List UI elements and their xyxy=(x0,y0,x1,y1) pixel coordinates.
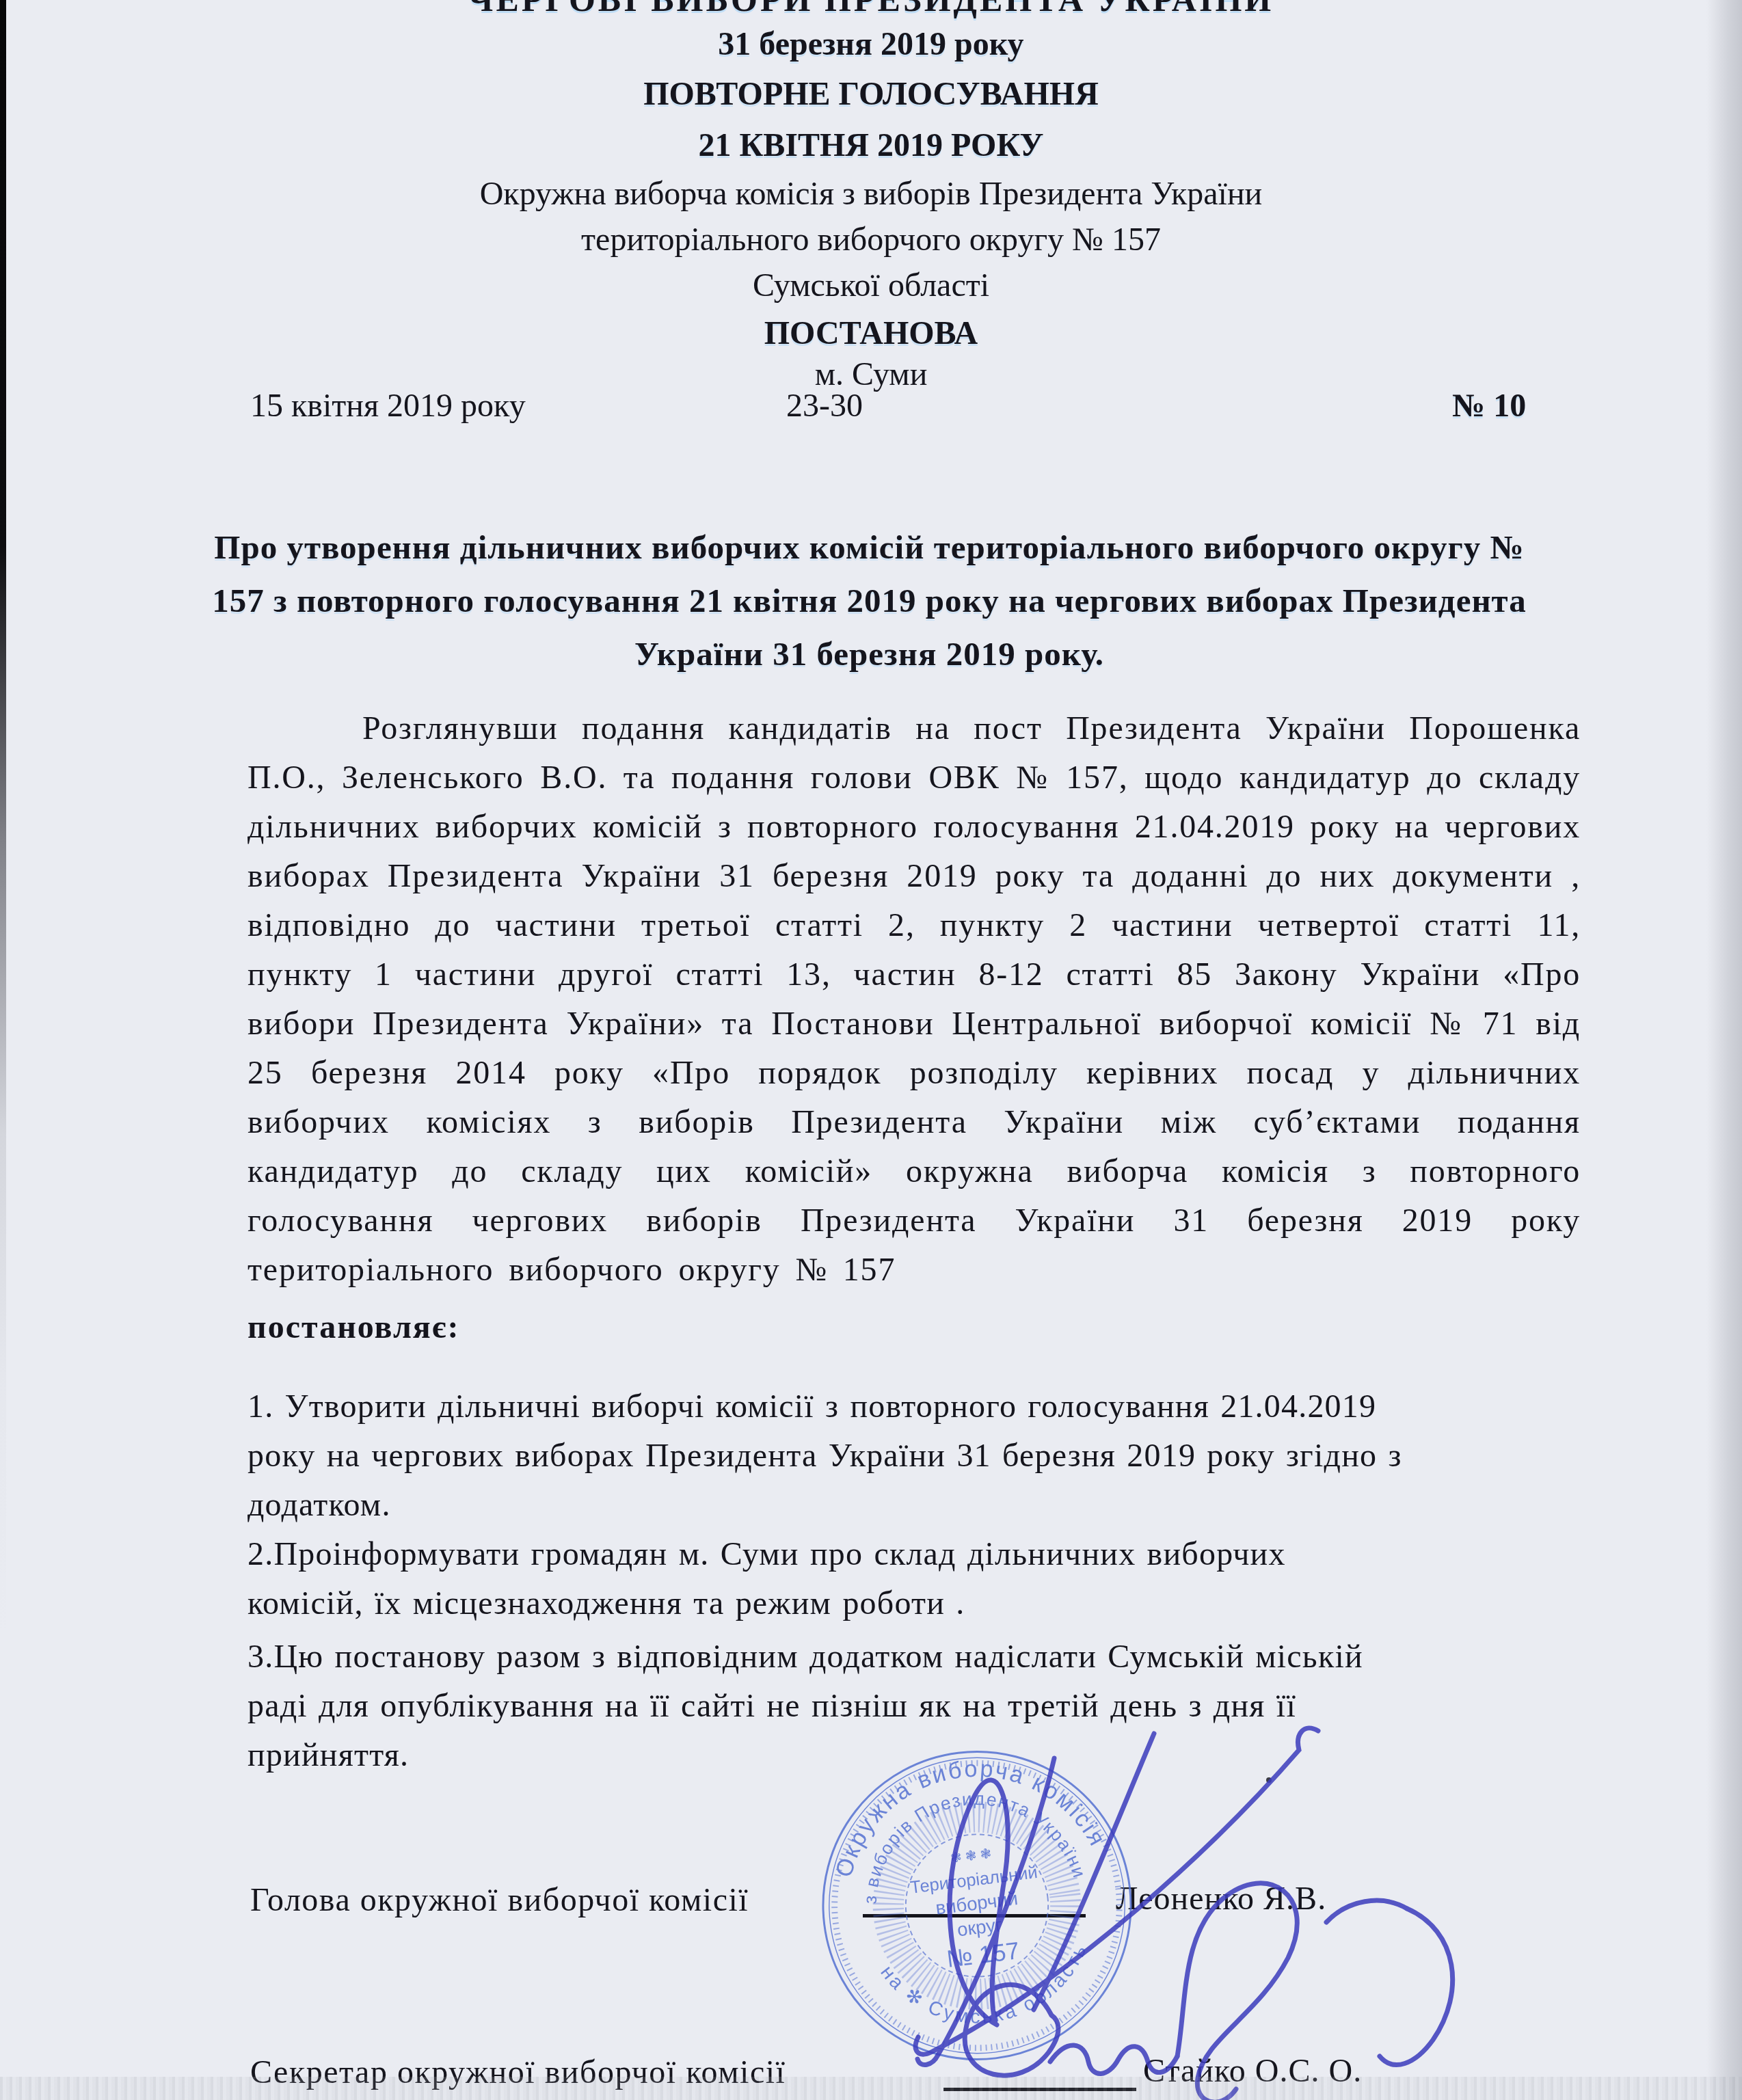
decree-title: Про утворення дільничних виборчих комісі… xyxy=(195,521,1544,681)
secretary-signature-stroke-rise xyxy=(1326,1900,1407,1922)
header-commission-name: Окружна виборча комісія з виборів Презид… xyxy=(0,171,1742,217)
document-header: 31 березня 2019 року ПОВТОРНЕ ГОЛОСУВАНН… xyxy=(0,21,1742,390)
header-city: м. Суми xyxy=(0,359,1742,390)
header-election-date: 31 березня 2019 року xyxy=(0,21,1742,68)
decree-item-1: 1. Утворити дільничні виборчі комісії з … xyxy=(247,1382,1581,1530)
head-role-label: Голова окружної виборчої комісії xyxy=(250,1881,749,1919)
decree-body: Розглянувши подання кандидатів на пост П… xyxy=(247,704,1581,1780)
decree-number: № 10 xyxy=(1452,387,1526,425)
resolves-word: постановляє: xyxy=(247,1303,1581,1352)
scan-edge-bottom xyxy=(0,2077,1742,2100)
preamble-paragraph: Розглянувши подання кандидатів на пост П… xyxy=(247,704,1581,1295)
secretary-signature-stroke-cursive xyxy=(1050,2045,1177,2074)
decree-date: 15 квітня 2019 року xyxy=(250,387,526,425)
header-line-elections-clipped: ЧЕРГОВІ ВИБОРИ ПРЕЗИДЕНТА УКРАЇНИ xyxy=(0,0,1742,19)
decree-time: 23-30 xyxy=(786,387,863,425)
scanned-decree-page: ЧЕРГОВІ ВИБОРИ ПРЕЗИДЕНТА УКРАЇНИ 31 бер… xyxy=(0,0,1742,2100)
header-doc-type: ПОСТАНОВА xyxy=(0,308,1742,359)
meta-row: 15 квітня 2019 року 23-30 № 10 xyxy=(0,387,1742,435)
secretary-signature-stroke-hook xyxy=(1380,1909,1453,2064)
secretary-signature-stroke-oval xyxy=(965,1984,1058,2075)
header-region: Сумської області xyxy=(0,263,1742,308)
header-revote-label: ПОВТОРНЕ ГОЛОСУВАННЯ xyxy=(0,68,1742,120)
secretary-signature-stroke-flourish xyxy=(1177,1883,1297,2100)
scan-edge-right xyxy=(1706,0,1742,2100)
header-revote-date: 21 КВІТНЯ 2019 РОКУ xyxy=(0,120,1742,171)
decree-item-2: 2.Проінформувати громадян м. Суми про ск… xyxy=(247,1530,1581,1628)
header-district: територіального виборчого округу № 157 xyxy=(0,217,1742,263)
scan-edge-left xyxy=(0,0,6,2100)
handwritten-signatures xyxy=(779,1668,1559,2100)
